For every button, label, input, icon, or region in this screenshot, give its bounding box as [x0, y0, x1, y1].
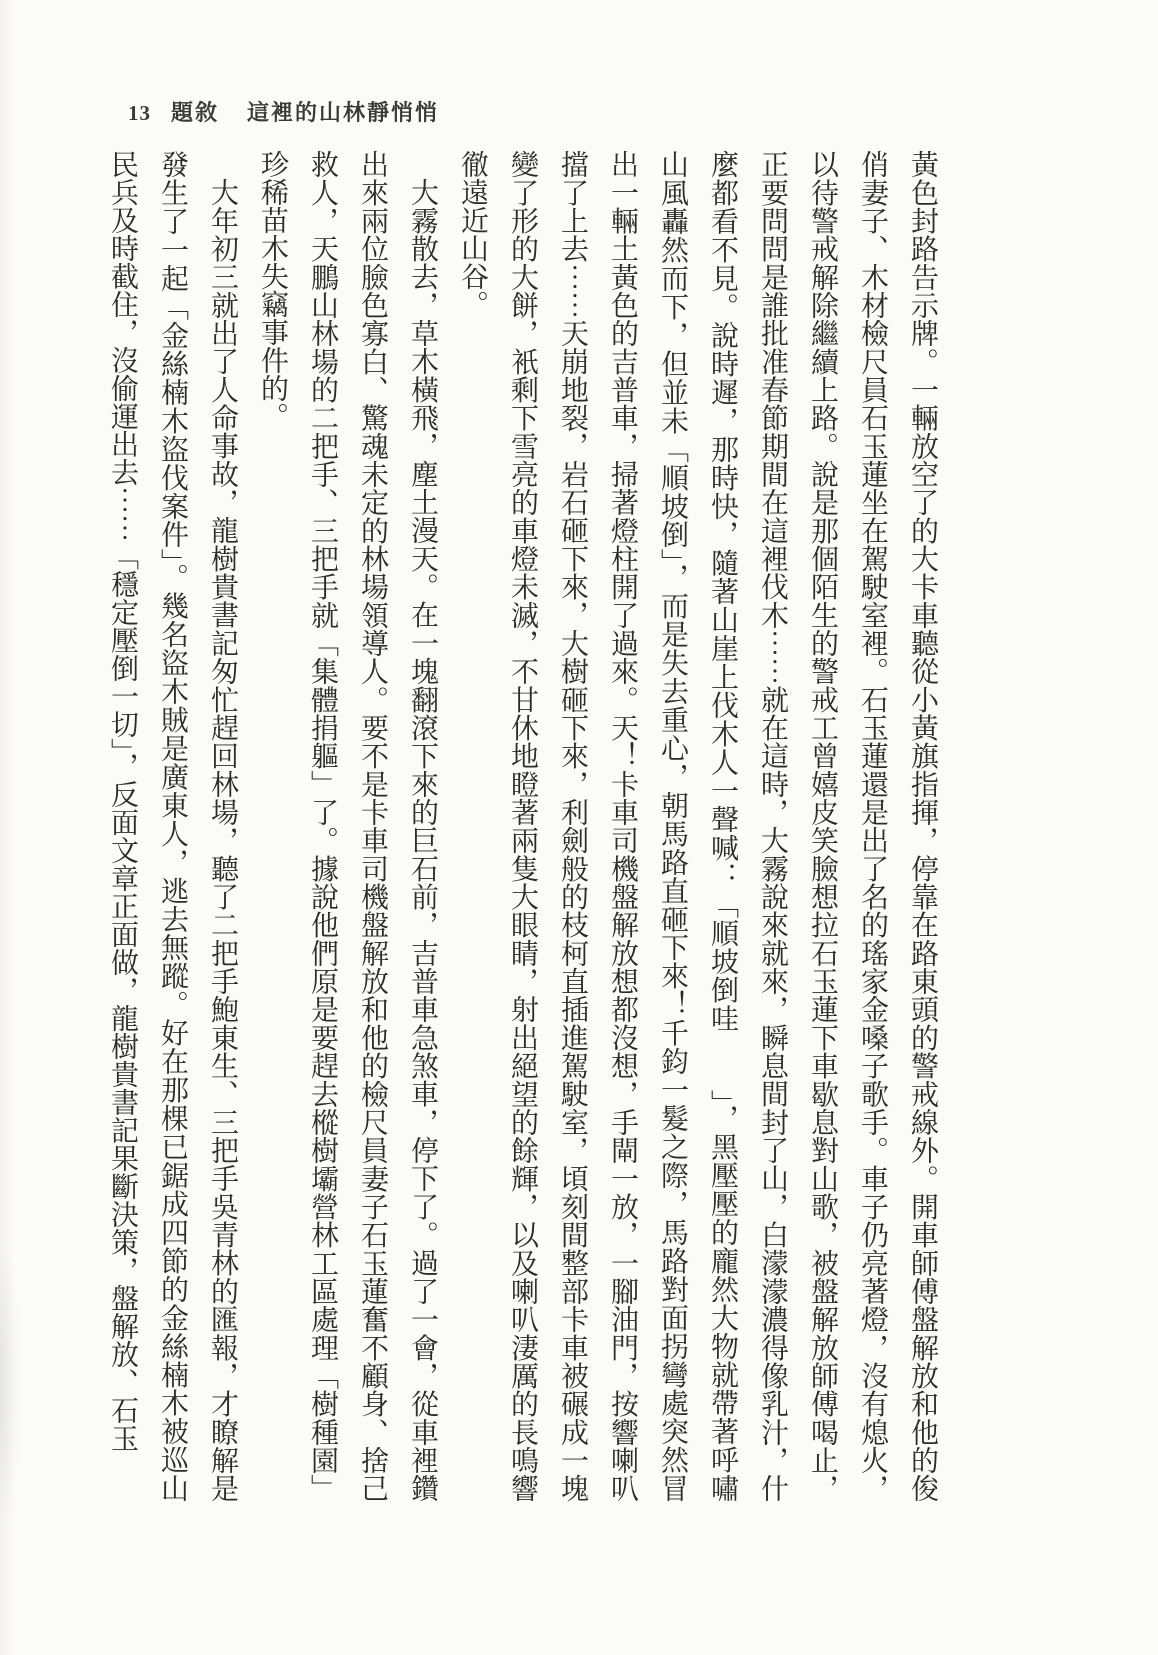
running-title: 這裡的山林靜悄悄 [247, 96, 439, 127]
section-label: 題敘 [171, 96, 219, 127]
book-page: 13 題敘 這裡的山林靜悄悄 黃色封路告示牌。一輛放空了的大卡車聽從小黃旗指揮，… [0, 0, 1158, 1655]
page-number: 13 [128, 101, 151, 126]
scan-artifact [0, 1235, 22, 1535]
paragraph-3: 大年初三就出了人命事故，龍樹貴書記匆忙趕回林場，聽了二把手鮑東生、三把手吳青林的… [97, 150, 247, 1502]
paragraph-1: 黃色封路告示牌。一輛放空了的大卡車聽從小黃旗指揮，停靠在路東頭的警戒線外。開車師… [447, 150, 947, 1502]
paragraph-2: 大霧散去，草木橫飛，塵土漫天。在一塊翻滾下來的巨石前，吉普車急煞車，停下了。過了… [247, 150, 447, 1502]
running-header: 13 題敘 這裡的山林靜悄悄 [128, 96, 439, 127]
body-text-block: 黃色封路告示牌。一輛放空了的大卡車聽從小黃旗指揮，停靠在路東頭的警戒線外。開車師… [93, 150, 947, 1502]
